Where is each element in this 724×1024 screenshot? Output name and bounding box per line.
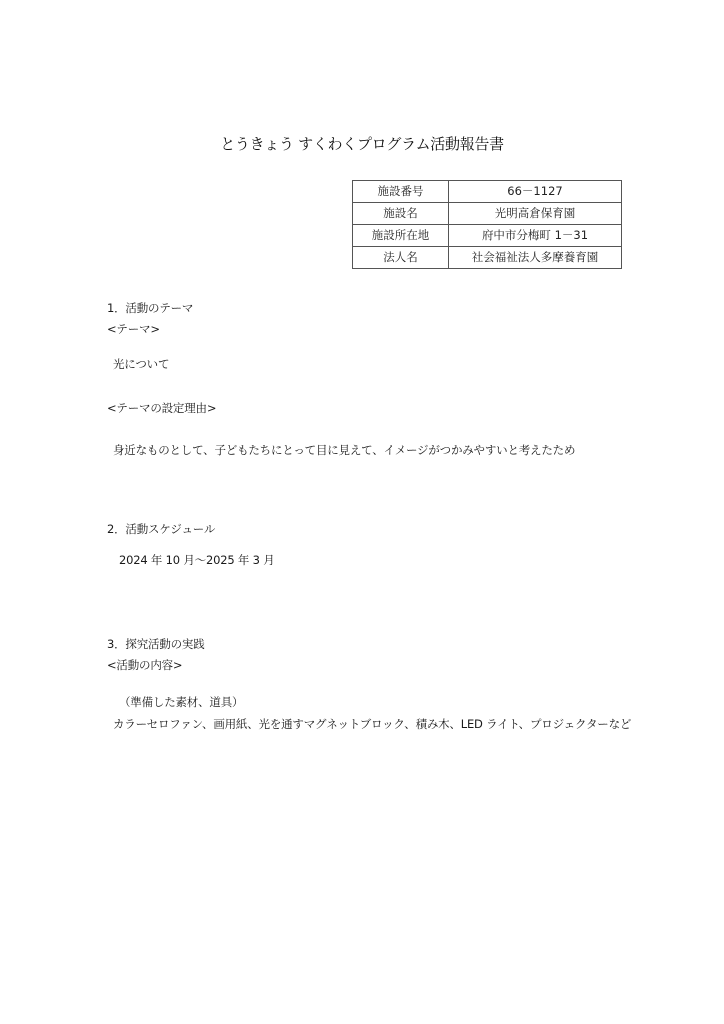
corporation-name-value: 社会福祉法人多摩養育園: [449, 247, 622, 269]
schedule-value: 2024 年 10 月～2025 年 3 月: [119, 552, 275, 568]
corporation-name-label: 法人名: [353, 247, 449, 269]
section-3-heading: 3．探究活動の実践: [107, 636, 205, 652]
table-row: 施設所在地 府中市分梅町 1－31: [353, 225, 622, 247]
materials-label: （準備した素材、道具）: [119, 694, 243, 710]
table-row: 施設番号 66－1127: [353, 181, 622, 203]
table-row: 法人名 社会福祉法人多摩養育園: [353, 247, 622, 269]
section-2-heading: 2．活動スケジュール: [107, 521, 215, 537]
materials-value: カラーセロファン、画用紙、光を通すマグネットブロック、積み木、LED ライト、プ…: [113, 716, 631, 732]
theme-reason-value: 身近なものとして、子どもたちにとって目に見えて、イメージがつかみやすいと考えたた…: [113, 442, 575, 458]
facility-name-label: 施設名: [353, 203, 449, 225]
section-1-heading: 1．活動のテーマ: [107, 300, 193, 316]
facility-name-value: 光明高倉保育園: [449, 203, 622, 225]
facility-address-label: 施設所在地: [353, 225, 449, 247]
facility-address-value: 府中市分梅町 1－31: [449, 225, 622, 247]
activity-content-label: <活動の内容>: [107, 657, 182, 673]
theme-label: <テーマ>: [107, 321, 160, 337]
facility-number-label: 施設番号: [353, 181, 449, 203]
document-title: とうきょう すくわくプログラム活動報告書: [0, 133, 724, 154]
facility-info-table: 施設番号 66－1127 施設名 光明高倉保育園 施設所在地 府中市分梅町 1－…: [352, 180, 622, 269]
table-row: 施設名 光明高倉保育園: [353, 203, 622, 225]
theme-reason-label: <テーマの設定理由>: [107, 400, 216, 416]
theme-value: 光について: [113, 356, 169, 372]
facility-number-value: 66－1127: [449, 181, 622, 203]
